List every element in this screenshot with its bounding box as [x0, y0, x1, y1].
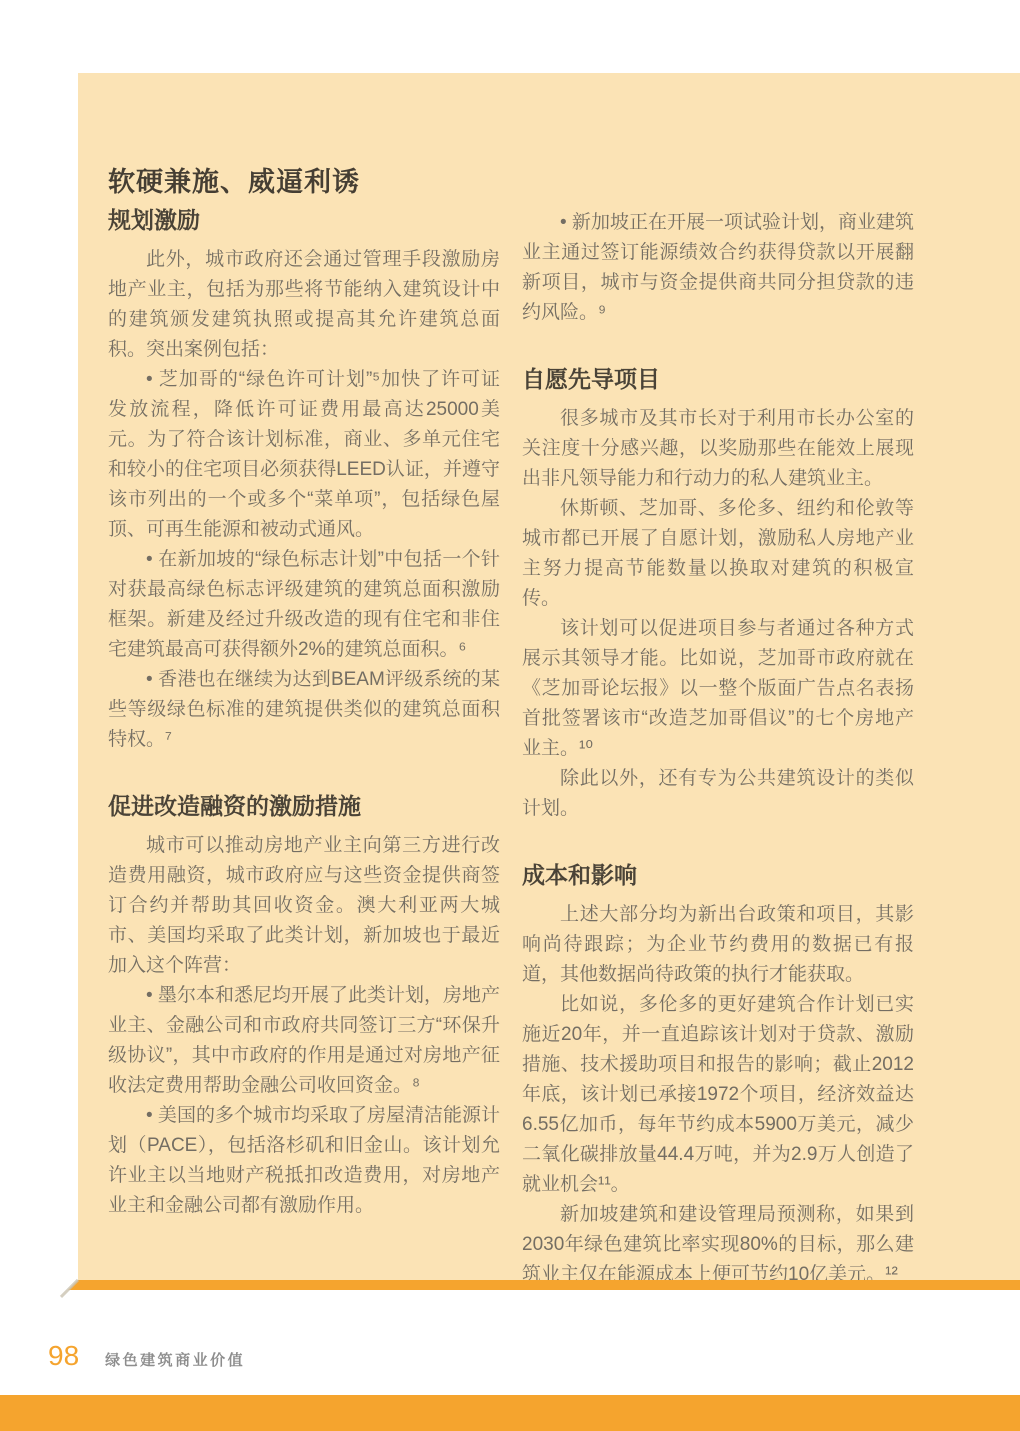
report-title: 绿色建筑商业价值 — [105, 1349, 245, 1370]
paragraph: 休斯顿、芝加哥、多伦多、纽约和伦敦等城市都已开展了自愿计划，激励私人房地产业主努… — [522, 494, 914, 614]
footer: 98 绿色建筑商业价值 — [48, 1340, 245, 1372]
page-number: 98 — [48, 1340, 79, 1372]
paragraph: 该计划可以促进项目参与者通过各种方式展示其领导才能。比如说，芝加哥市政府就在《芝… — [522, 614, 914, 764]
section-heading: 成本和影响 — [522, 860, 914, 890]
bullet-item: • 在新加坡的“绿色标志计划”中包括一个针对获最高绿色标志评级建筑的建筑总面积激… — [108, 545, 500, 665]
two-column-layout: 软硬兼施、威逼利诱规划激励此外，城市政府还会通过管理手段激励房地产业主，包括为那… — [78, 73, 1020, 1290]
paragraph: 除此以外，还有专为公共建筑设计的类似计划。 — [522, 764, 914, 824]
paragraph: 上述大部分均为新出台政策和项目，其影响尚待跟踪；为企业节约费用的数据已有报道，其… — [522, 900, 914, 990]
right-column: • 新加坡正在开展一项试验计划，商业建筑业主通过签订能源绩效合约获得贷款以开展翻… — [522, 208, 914, 1290]
content-panel: 软硬兼施、威逼利诱规划激励此外，城市政府还会通过管理手段激励房地产业主，包括为那… — [78, 73, 1020, 1280]
bullet-item: • 香港也在继续为达到BEAM评级系统的某些等级绿色标准的建筑提供类似的建筑总面… — [108, 665, 500, 755]
bottom-accent-bar — [0, 1395, 1020, 1431]
left-column: 软硬兼施、威逼利诱规划激励此外，城市政府还会通过管理手段激励房地产业主，包括为那… — [108, 165, 500, 1290]
document-page: 软硬兼施、威逼利诱规划激励此外，城市政府还会通过管理手段激励房地产业主，包括为那… — [0, 0, 1020, 1431]
bullet-item: • 芝加哥的“绿色许可计划”⁵加快了许可证发放流程，降低许可证费用最高达2500… — [108, 365, 500, 545]
paragraph: 比如说，多伦多的更好建筑合作计划已实施近20年，并一直追踪该计划对于贷款、激励措… — [522, 990, 914, 1200]
bullet-item: • 墨尔本和悉尼均开展了此类计划，房地产业主、金融公司和市政府共同签订三方“环保… — [108, 981, 500, 1101]
page-title: 软硬兼施、威逼利诱 — [108, 165, 500, 199]
paragraph: 此外，城市政府还会通过管理手段激励房地产业主，包括为那些将节能纳入建筑设计中的建… — [108, 245, 500, 365]
section-heading: 自愿先导项目 — [522, 364, 914, 394]
paragraph: 城市可以推动房地产业主向第三方进行改造费用融资，城市政府应与这些资金提供商签订合… — [108, 831, 500, 981]
paragraph: 很多城市及其市长对于利用市长办公室的关注度十分感兴趣，以奖励那些在能效上展现出非… — [522, 404, 914, 494]
bullet-item: • 新加坡正在开展一项试验计划，商业建筑业主通过签订能源绩效合约获得贷款以开展翻… — [522, 208, 914, 328]
panel-fold-ribbon — [68, 1280, 1020, 1290]
paragraph: 新加坡建筑和建设管理局预测称，如果到2030年绿色建筑比率实现80%的目标，那么… — [522, 1200, 914, 1290]
section-heading: 规划激励 — [108, 205, 500, 235]
bullet-item: • 美国的多个城市均采取了房屋清洁能源计划（PACE），包括洛杉矶和旧金山。该计… — [108, 1101, 500, 1221]
section-heading: 促进改造融资的激励措施 — [108, 791, 500, 821]
